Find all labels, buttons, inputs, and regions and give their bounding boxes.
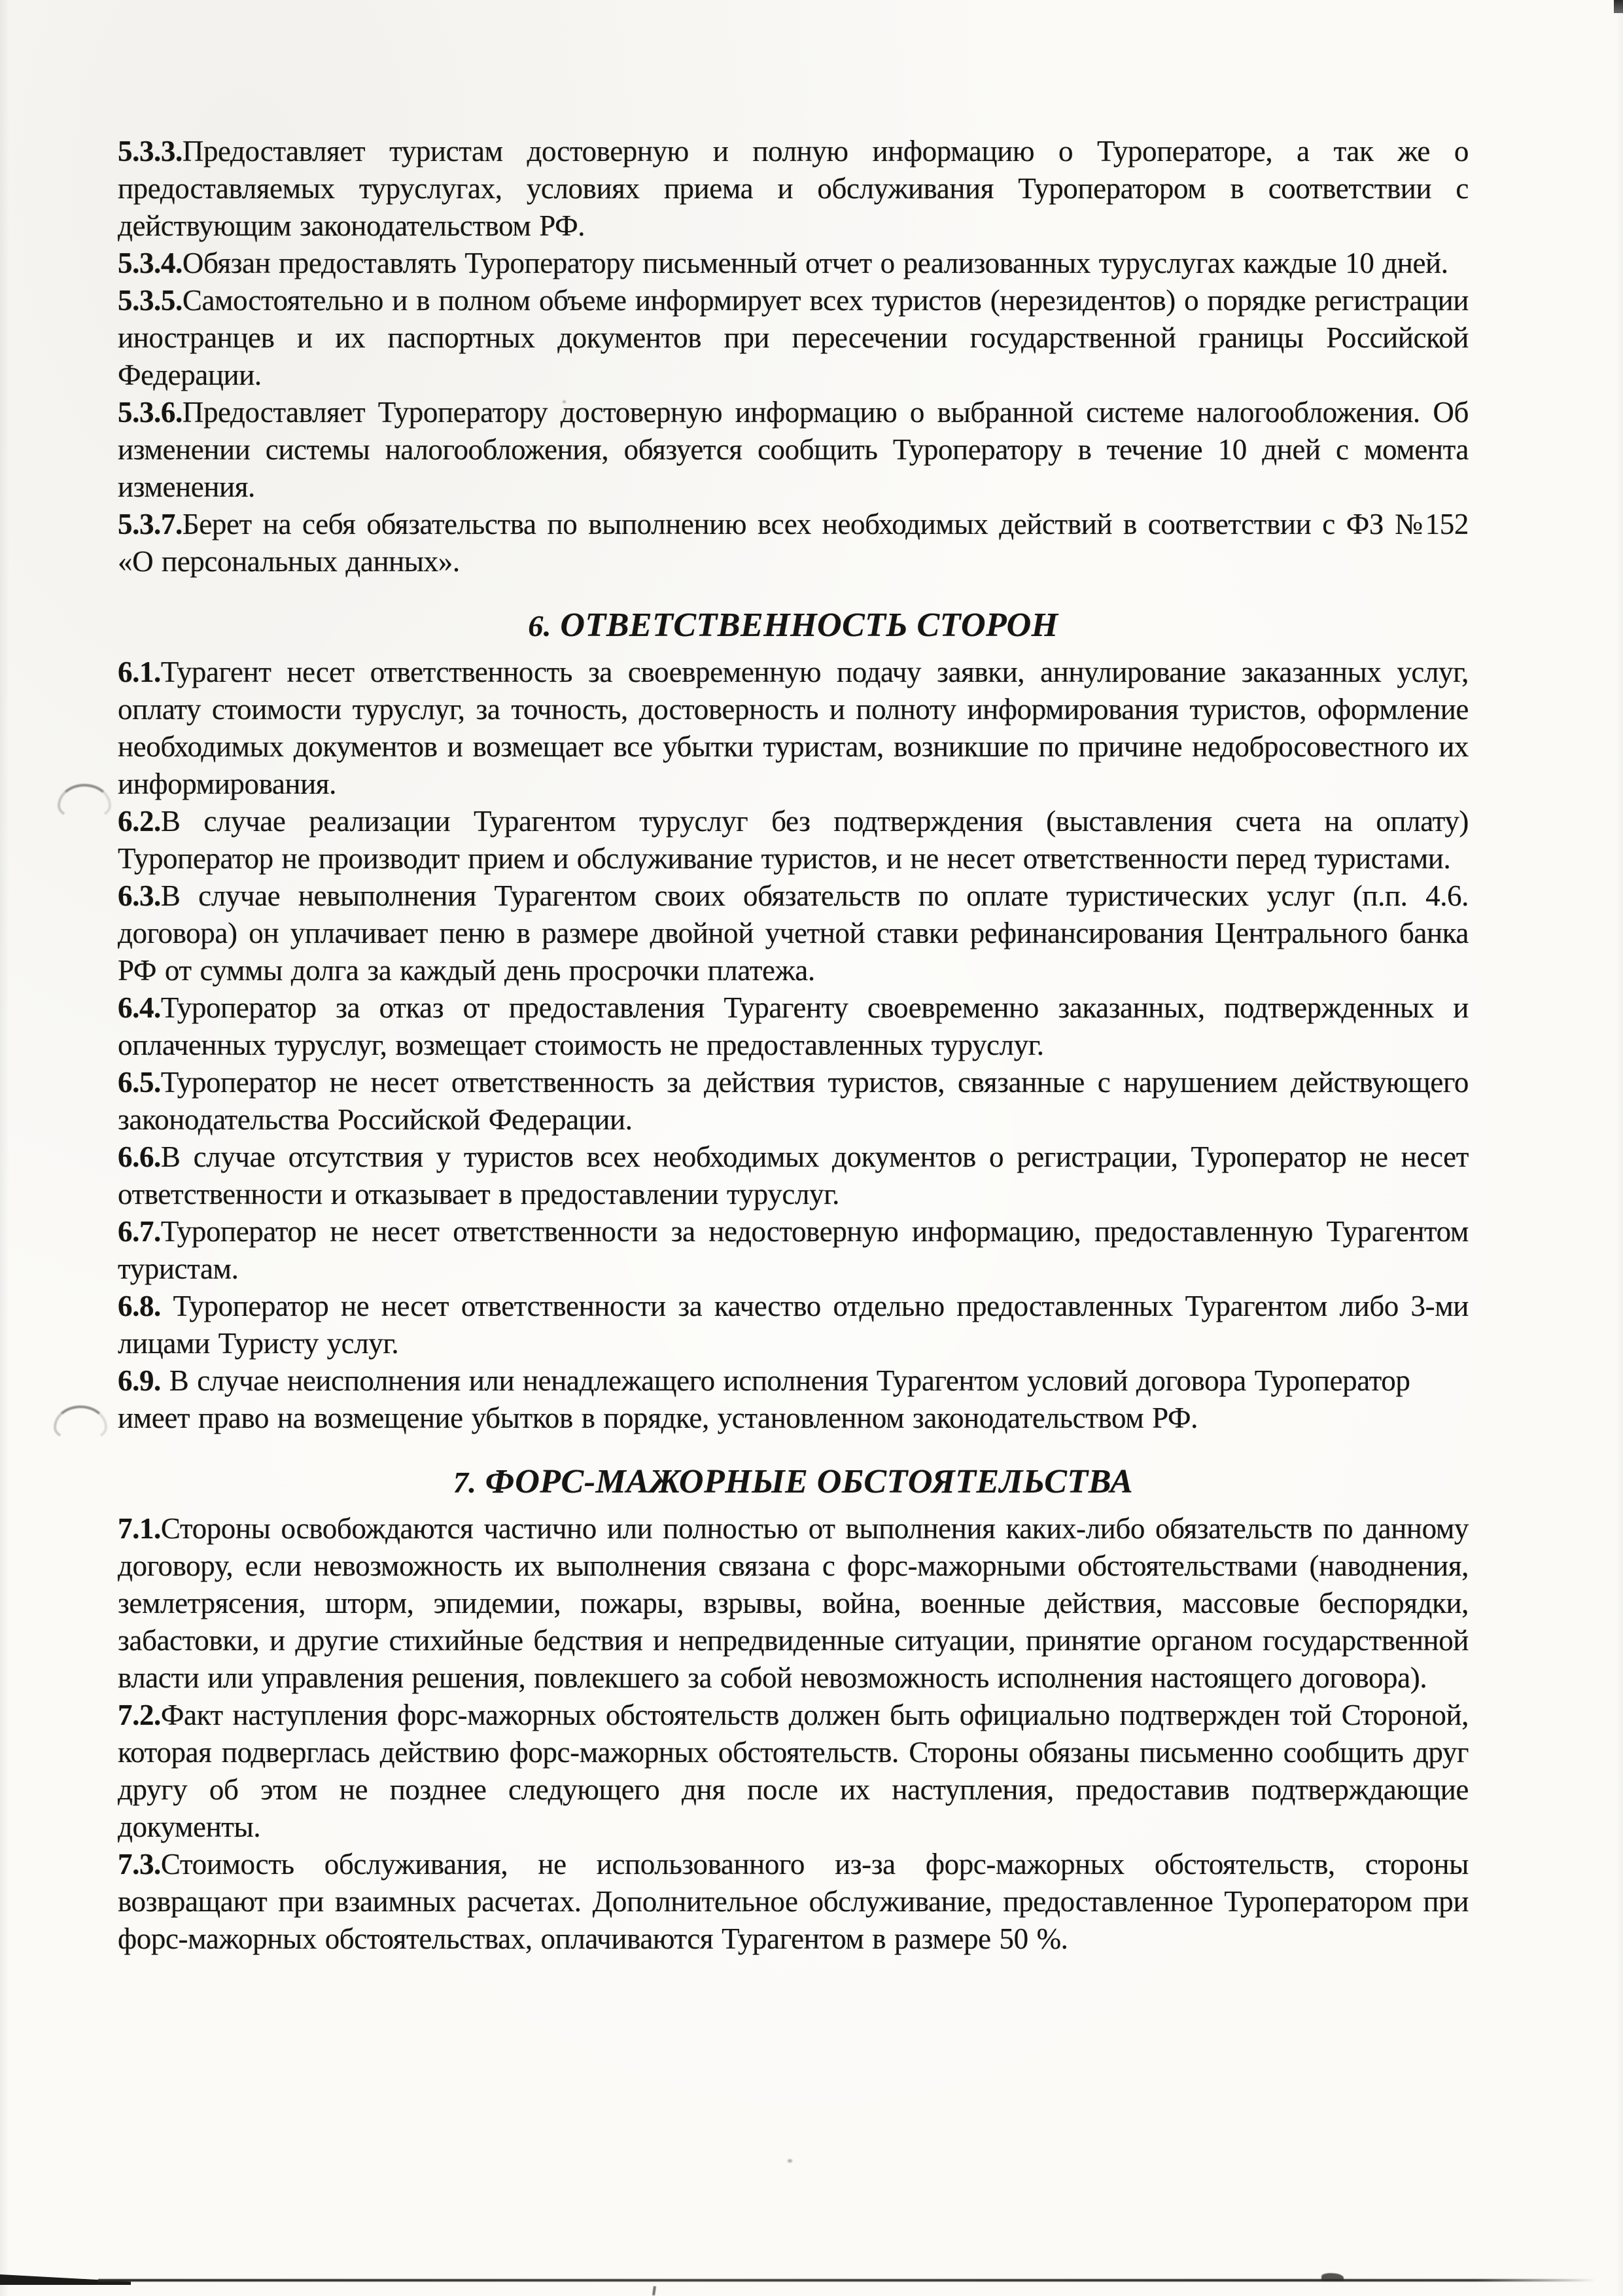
clause-text: Самостоятельно и в полном объеме информи… (118, 284, 1469, 391)
clause-number: 6.6. (118, 1140, 161, 1173)
clause-text: Туроператор за отказ от предоставления Т… (118, 991, 1469, 1061)
contract-clause: 6.9. В случае неисполнения или ненадлежа… (118, 1362, 1469, 1437)
clause-text: Туроператор не несет ответственности за … (118, 1290, 1469, 1360)
contract-clause: 7.3.Стоимость обслуживания, не использов… (118, 1846, 1469, 1958)
clause-text: Берет на себя обязательства по выполнени… (118, 508, 1469, 578)
clause-text: В случае невыполнения Турагентом своих о… (118, 879, 1469, 987)
contract-clause: 6.6.В случае отсутствия у туристов всех … (118, 1139, 1469, 1213)
contract-clause: 7.1.Стороны освобождаются частично или п… (118, 1510, 1469, 1697)
scan-bottom-tick (652, 2286, 656, 2295)
contract-clause: 5.3.3.Предоставляет туристам достоверную… (118, 133, 1469, 245)
contract-clause: 6.2.В случае реализации Турагентом турус… (118, 803, 1469, 877)
contract-clause: 6.7.Туроператор не несет ответственности… (118, 1213, 1469, 1288)
clause-number: 6.8. (118, 1290, 161, 1322)
clause-text: Предоставляет туристам достоверную и пол… (118, 135, 1469, 242)
contract-clause: 5.3.4.Обязан предоставлять Туроператору … (118, 245, 1469, 282)
contract-clause: 6.3.В случае невыполнения Турагентом сво… (118, 877, 1469, 989)
contract-clause: 6.8. Туроператор не несет ответственност… (118, 1288, 1469, 1362)
clause-text: Турагент несет ответственность за своевр… (118, 656, 1469, 800)
scan-speck (788, 2159, 792, 2163)
section-heading: 6. ОТВЕТСТВЕННОСТЬ СТОРОН (118, 607, 1469, 645)
clause-number: 6.5. (118, 1066, 161, 1099)
scanned-page: 5.3.3.Предоставляет туристам достоверную… (0, 0, 1623, 2296)
clause-number: 6.9. (118, 1364, 161, 1397)
clause-text: В случае отсутствия у туристов всех необ… (118, 1140, 1469, 1210)
section-title: ОТВЕТСТВЕННОСТЬ СТОРОН (560, 607, 1058, 644)
section-heading: 7. ФОРС-МАЖОРНЫЕ ОБСТОЯТЕЛЬСТВА (118, 1463, 1469, 1501)
margin-pen-arc-mark (54, 1405, 107, 1442)
contract-clause: 5.3.5.Самостоятельно и в полном объеме и… (118, 282, 1469, 394)
clause-number: 6.1. (118, 656, 161, 688)
clause-number: 6.7. (118, 1215, 161, 1248)
scan-bottom-line (98, 2279, 1596, 2282)
document-content: 5.3.3.Предоставляет туристам достоверную… (118, 133, 1469, 1958)
clause-text: В случае реализации Турагентом туруслуг … (118, 805, 1469, 875)
clause-number: 6.3. (118, 879, 161, 912)
clause-number: 5.3.5. (118, 284, 183, 317)
clause-number: 5.3.6. (118, 396, 183, 429)
contract-clause: 6.4.Туроператор за отказ от предоставлен… (118, 989, 1469, 1064)
clause-number: 5.3.4. (118, 247, 183, 279)
contract-clause: 5.3.6.Предоставляет Туроператору достове… (118, 394, 1469, 506)
clause-text: Предоставляет Туроператору достоверную и… (118, 396, 1469, 503)
clause-text: Факт наступления форс-мажорных обстоятел… (118, 1699, 1469, 1843)
contract-clause: 6.1.Турагент несет ответственность за св… (118, 654, 1469, 803)
contract-clause: 6.5.Туроператор не несет ответственность… (118, 1064, 1469, 1139)
scan-speck (563, 400, 566, 403)
clause-number: 5.3.7. (118, 508, 183, 540)
section-number: 7. (453, 1466, 477, 1499)
contract-clause: 7.2.Факт наступления форс-мажорных обсто… (118, 1697, 1469, 1846)
scan-bottom-blip (1321, 2273, 1344, 2281)
clause-number: 6.2. (118, 805, 161, 838)
clause-text: В случае неисполнения или ненадлежащего … (118, 1364, 1410, 1434)
section-title: ФОРС-МАЖОРНЫЕ ОБСТОЯТЕЛЬСТВА (485, 1463, 1133, 1500)
clause-text: Стоимость обслуживания, не использованно… (118, 1848, 1469, 1955)
clause-text: Стороны освобождаются частично или полно… (118, 1512, 1469, 1694)
clause-text: Туроператор не несет ответственность за … (118, 1066, 1469, 1136)
clause-number: 5.3.3. (118, 135, 183, 168)
section-number: 6. (528, 609, 551, 643)
clause-number: 7.1. (118, 1512, 161, 1545)
clause-number: 6.4. (118, 991, 161, 1024)
clause-number: 7.3. (118, 1848, 161, 1881)
margin-pen-arc-mark (58, 784, 111, 821)
scan-corner-mark (1614, 0, 1623, 13)
contract-clause: 5.3.7.Берет на себя обязательства по вып… (118, 506, 1469, 580)
clause-text: Обязан предоставлять Туроператору письме… (183, 247, 1448, 279)
clause-text: Туроператор не несет ответственности за … (118, 1215, 1469, 1285)
clause-number: 7.2. (118, 1699, 161, 1731)
